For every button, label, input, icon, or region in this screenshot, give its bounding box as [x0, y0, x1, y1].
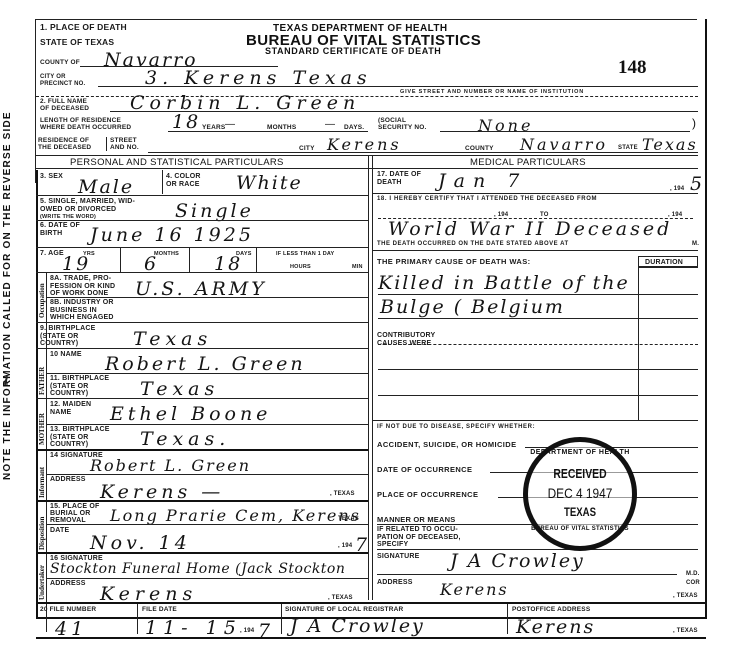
related-label-1: IF RELATED TO OCCU-	[377, 526, 458, 533]
informant-signature-value: Robert L. Green	[90, 456, 251, 475]
date-occurrence-label: DATE OF OCCURRENCE	[377, 466, 472, 474]
file-date-value: 11- 15	[145, 617, 242, 639]
row-line-14	[46, 524, 368, 525]
ssn-label: (SOCIALSECURITY NO.	[378, 117, 427, 131]
related-label-2: PATION OF DECEASED,	[377, 534, 461, 541]
industry-label-3: WHICH ENGAGED	[50, 314, 114, 321]
not-disease-label: IF NOT DUE TO DISEASE, SPECIFY WHETHER:	[377, 424, 535, 430]
residence-divider	[106, 137, 107, 151]
city-label-2: PRECINCT NO.	[40, 81, 85, 87]
mother-birthplace-value: Texas.	[140, 428, 230, 450]
race-value: White	[236, 172, 303, 194]
father-birthplace-label-1: 11. BIRTHPLACE	[50, 375, 109, 382]
burial-year-prefix: , 194	[338, 543, 352, 551]
ssn-label-1: (SOCIAL	[378, 117, 406, 124]
place-of-death-label: 1. PLACE OF DEATH	[40, 23, 127, 32]
mother-birthplace-label: 13. BIRTHPLACE(STATE ORCOUNTRY)	[50, 426, 110, 449]
trade-label-3: OF WORK DONE	[50, 290, 108, 297]
dob-label-1: 6. DATE OF	[40, 222, 80, 229]
reverse-side-note: NOTE THE INFORMATION CALLED FOR ON THE R…	[2, 111, 13, 480]
mother-name-label-2: NAME	[50, 409, 71, 416]
contributory-label-1: CONTRIBUTORY	[377, 332, 435, 339]
mother-name-value: Ethel Boone	[110, 403, 271, 425]
sex-race-divider	[162, 170, 163, 194]
column-divider-a	[368, 155, 369, 600]
frame-top	[35, 19, 697, 20]
physician-address-label: ADDRESS	[377, 579, 413, 587]
race-label-1: 4. COLOR	[166, 173, 201, 180]
row-line-1	[36, 195, 368, 196]
residence-years-value: 18	[172, 111, 200, 133]
row-line-7	[36, 348, 368, 349]
residence-line	[148, 152, 698, 153]
burial-label: 15. PLACE OFBURIAL ORREMOVAL	[50, 503, 99, 524]
column-divider-b	[372, 155, 373, 600]
marital-value: Single	[175, 200, 254, 222]
cor-label: COR	[686, 580, 700, 586]
residence-length-line	[168, 131, 368, 132]
related-label-3: SPECIFY	[377, 541, 408, 548]
place-occurrence-label: PLACE OF OCCURRENCE	[377, 491, 478, 499]
institution-hint: GIVE STREET AND NUMBER OR NAME OF INSTIT…	[400, 89, 584, 95]
dod-year-suffix: 5	[690, 173, 702, 195]
undertaker-signature-value: Stockton Funeral Home (Jack Stockton	[50, 561, 345, 577]
marital-label-1: 5. SINGLE, MARRIED, WID-	[40, 198, 135, 205]
physician-signature-value: J A Crowley	[450, 550, 585, 572]
manner-label: MANNER OR MEANS	[377, 516, 455, 524]
contrib-rule-3	[378, 395, 698, 396]
file-date-label: FILE DATE	[142, 606, 177, 614]
burial-label-2: BURIAL OR	[50, 510, 91, 517]
contrib-rule-1	[378, 344, 698, 345]
residence-length-label-2: WHERE DEATH OCCURRED	[40, 124, 131, 131]
birthplace-label-3: COUNTRY)	[40, 340, 78, 347]
residence-label: RESIDENCE OFTHE DECEASED	[38, 137, 91, 151]
age-divider-1	[120, 248, 121, 272]
footer-divider-1	[137, 604, 138, 634]
race-label: 4. COLOROR RACE	[166, 173, 201, 188]
row-line-15	[36, 552, 368, 554]
contrib-rule-2	[378, 369, 698, 370]
birthplace-value: Texas	[133, 328, 212, 350]
dob-label-2: BIRTH	[40, 230, 62, 237]
row-line-2	[36, 220, 368, 221]
father-name-label: 10 NAME	[50, 351, 82, 359]
burial-date-label: DATE	[50, 527, 69, 535]
row-line-6	[36, 322, 368, 323]
stamp-bottom-arc: BUREAU OF VITAL STATISTICS	[528, 526, 632, 532]
ssn-close-paren: )	[692, 116, 696, 130]
registrar-signature: J A Crowley	[290, 615, 425, 637]
age-divider-2	[189, 248, 190, 272]
sex-label: 3. SEX	[40, 173, 63, 181]
row-line-13	[36, 500, 368, 502]
stamp-date: DEC 4 1947	[536, 485, 624, 501]
dob-value: June 16 1925	[90, 224, 254, 246]
father-birthplace-label: 11. BIRTHPLACE(STATE ORCOUNTRY)	[50, 375, 109, 398]
row-line-16	[46, 578, 368, 579]
attended-value: World War II Deceased	[388, 218, 672, 240]
certificate-number: 148	[618, 57, 647, 79]
certify-label: 18. I HEREBY CERTIFY THAT I ATTENDED THE…	[377, 196, 597, 202]
duration-label: DURATION	[645, 259, 683, 267]
registrar-label: SIGNATURE OF LOCAL REGISTRAR	[285, 606, 403, 614]
burial-label-1: 15. PLACE OF	[50, 503, 99, 510]
marital-label: 5. SINGLE, MARRIED, WID-OWED OR DIVORCED…	[40, 198, 135, 222]
mother-name-label: 12. MAIDENNAME	[50, 401, 91, 416]
physician-signature-label: SIGNATURE	[377, 553, 420, 561]
med-line-1	[372, 193, 698, 194]
postoffice-value: Kerens	[516, 616, 595, 638]
county-label: COUNTY OF	[40, 60, 80, 66]
dod-label-2: DEATH	[377, 179, 402, 186]
ssn-label-2: SECURITY NO.	[378, 124, 427, 131]
frame-left-upper	[35, 19, 36, 183]
father-name-value: Robert L. Green	[105, 353, 306, 375]
section-divider	[36, 155, 698, 156]
days-value: —	[325, 119, 335, 130]
row-line-3	[36, 247, 368, 248]
min-label: MIN	[352, 264, 363, 270]
section-title-line	[36, 168, 698, 169]
mother-birthplace-label-3: COUNTRY)	[50, 441, 88, 448]
postoffice-label: POSTOFFICE ADDRESS	[512, 606, 590, 614]
medical-section-title: MEDICAL PARTICULARS	[470, 157, 586, 168]
accident-label: ACCIDENT, SUICIDE, OR HOMICIDE	[377, 441, 517, 449]
full-name-label-1: 2. FULL NAME	[40, 98, 87, 105]
physician-signature-line	[377, 574, 677, 575]
state-label: STATE OF TEXAS	[40, 38, 114, 47]
dod-value: Jan 7	[438, 170, 527, 192]
row-line-8	[46, 373, 368, 374]
related-label: IF RELATED TO OCCU-PATION OF DECEASED,SP…	[377, 526, 461, 549]
residence-label-1: RESIDENCE OF	[38, 137, 89, 144]
mother-birthplace-label-1: 13. BIRTHPLACE	[50, 426, 110, 433]
frame-right	[705, 19, 707, 619]
cause-rule-1	[378, 294, 698, 295]
row-line-5	[46, 297, 368, 298]
mother-name-label-1: 12. MAIDEN	[50, 401, 91, 408]
full-name-label: 2. FULL NAMEOF DECEASED	[40, 98, 89, 112]
row-line-4	[36, 272, 368, 273]
undertaker-side-label: Undertaker	[38, 565, 46, 600]
race-label-2: OR RACE	[166, 181, 200, 188]
postoffice-state: , TEXAS	[673, 628, 698, 636]
burial-date-value: Nov. 14	[90, 532, 191, 554]
row-line-11	[36, 449, 368, 451]
industry-label-1: 8B. INDUSTRY OR	[50, 299, 114, 306]
city-label: CITY ORPRECINCT NO.	[40, 74, 85, 87]
residence-length-label: LENGTH OF RESIDENCEWHERE DEATH OCCURRED	[40, 117, 131, 131]
personal-section-title: PERSONAL AND STATISTICAL PARTICULARS	[70, 157, 284, 168]
m-label: M.	[692, 241, 699, 247]
physician-address-state: , TEXAS	[673, 593, 698, 601]
footer-divider-2	[281, 604, 282, 634]
marital-label-2: OWED OR DIVORCED	[40, 206, 116, 213]
father-birthplace-label-3: COUNTRY)	[50, 390, 88, 397]
father-side-label: FATHER	[38, 367, 46, 395]
physician-address-value: Kerens	[440, 580, 509, 599]
footer-divider-3	[507, 604, 508, 634]
occupation-side-label: Occupation	[38, 283, 46, 318]
med-line-3	[372, 420, 698, 421]
industry-label: 8B. INDUSTRY ORBUSINESS INWHICH ENGAGED	[50, 299, 114, 322]
father-birthplace-value: Texas	[140, 378, 219, 400]
birthplace-label-1: 9. BIRTHPLACE	[40, 325, 96, 332]
dob-label: 6. DATE OFBIRTH	[40, 222, 80, 237]
trade-label-1: 8A. TRADE, PRO-	[50, 275, 111, 282]
row-line-10	[46, 424, 368, 425]
age-label: 7. AGE	[40, 250, 64, 258]
birthplace-label-2: (STATE OR	[40, 333, 78, 340]
received-stamp: DEPARTMENT OF HEALTH RECEIVED DEC 4 1947…	[523, 437, 637, 551]
footer-bottom-line	[36, 637, 706, 639]
occurred-label: THE DEATH OCCURRED ON THE DATE STATED AB…	[377, 241, 569, 247]
row-line-9	[36, 398, 368, 399]
ssn-line	[440, 131, 690, 132]
md-label: M.D.	[686, 571, 699, 577]
street-label-1: STREET	[110, 137, 137, 144]
row-line-12	[46, 474, 368, 475]
trade-label-2: FESSION OR KIND	[50, 283, 115, 290]
stamp-received: RECEIVED	[538, 466, 621, 481]
full-name-label-2: OF DECEASED	[40, 105, 89, 112]
cause-rule-2	[378, 318, 698, 319]
undertaker-address-label: ADDRESS	[50, 580, 86, 588]
informant-side-label: Informant	[38, 467, 46, 498]
months-value: —	[225, 119, 235, 130]
cause-line-2: Bulge ( Belgium	[380, 296, 565, 318]
street-label-2: AND NO.	[110, 144, 139, 151]
informant-address-label: ADDRESS	[50, 476, 86, 484]
mother-birthplace-label-2: (STATE OR	[50, 434, 88, 441]
burial-label-3: REMOVAL	[50, 517, 86, 524]
father-birthplace-label-2: (STATE OR	[50, 383, 88, 390]
residence-length-label-1: LENGTH OF RESIDENCE	[40, 117, 121, 124]
disposition-side-label: Disposition	[38, 517, 46, 550]
residence-label-2: THE DECEASED	[38, 144, 91, 151]
age-divider-3	[256, 248, 257, 272]
hours-label: HOURS	[290, 264, 311, 270]
contributory-label-2: CAUSES WERE	[377, 340, 431, 347]
city-line	[98, 86, 698, 87]
file-year-prefix: , 194	[240, 628, 254, 636]
med-line-2	[372, 250, 698, 251]
trade-label: 8A. TRADE, PRO-FESSION OR KINDOF WORK DO…	[50, 275, 115, 298]
ssn-value: None	[478, 116, 533, 135]
dod-label: 17. DATE OFDEATH	[377, 171, 421, 186]
city-label-1: CITY OR	[40, 74, 66, 80]
file-number-label: 20 FILE NUMBER	[40, 606, 96, 614]
certificate-title: STANDARD CERTIFICATE OF DEATH	[265, 46, 441, 56]
industry-label-2: BUSINESS IN	[50, 307, 97, 314]
cause-line-1: Killed in Battle of the	[378, 272, 630, 294]
primary-cause-label: THE PRIMARY CAUSE OF DEATH WAS:	[377, 258, 531, 266]
duration-box: DURATION	[638, 256, 698, 268]
burial-place-value: Long Prarie Cem, Kerens	[110, 506, 361, 525]
birthplace-label: 9. BIRTHPLACE(STATE ORCOUNTRY)	[40, 325, 96, 348]
stamp-state: TEXAS	[538, 505, 621, 519]
informant-state: , TEXAS	[330, 491, 355, 499]
street-label: STREETAND NO.	[110, 137, 139, 151]
burial-state: TEXAS	[338, 516, 359, 524]
dod-label-1: 17. DATE OF	[377, 171, 421, 178]
stamp-top-arc: DEPARTMENT OF HEALTH	[528, 449, 632, 456]
less-than-day-label: IF LESS THAN 1 DAY	[276, 251, 334, 257]
mother-side-label: MOTHER	[38, 413, 46, 445]
